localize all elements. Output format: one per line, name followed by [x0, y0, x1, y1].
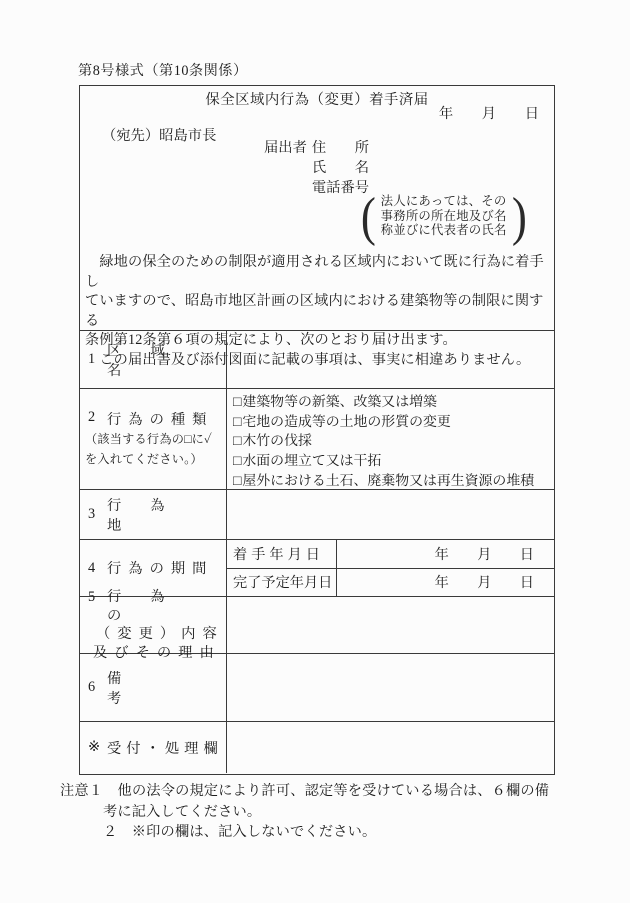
change-details-label-line1: 行為の [107, 588, 226, 625]
district-name-input[interactable] [227, 331, 554, 388]
activity-period-label: 行為の期間 [107, 558, 213, 578]
notes: 注意１ 他の法令の規定により許可、認定等を受けている場合は、６欄の備 考に記入し… [60, 781, 549, 843]
end-date-input[interactable]: 年 月 日 [337, 569, 554, 597]
row-number: 6 [88, 679, 107, 696]
checkbox-icon[interactable]: □ [233, 413, 241, 433]
activity-site-label-cell: 3 行為地 [80, 490, 227, 539]
note-line-2: ２ ※印の欄は、記入しないでください。 [103, 822, 549, 843]
corporate-note-text: 法人にあっては、その 事務所の所在地及び名 称並びに代表者の氏名 [381, 194, 507, 238]
office-use-area [227, 722, 554, 773]
declaration-line: 緑地の保全のための制限が適用される区域内において既に行為に着手し [85, 253, 551, 292]
row-number: 2 [88, 409, 107, 429]
remarks-input[interactable] [227, 654, 554, 721]
office-use-label: 受付・処理欄 [107, 738, 223, 758]
row-number: 5 [88, 588, 107, 625]
form-box: 保全区域内行為（変更）着手済届 年 月 日 （宛先）昭島市長 届出者 住 所 氏… [79, 85, 555, 775]
close-paren-icon: ) [511, 191, 526, 241]
corporate-note-line: 法人にあっては、その [381, 194, 507, 209]
note-line-1: 注意１ 他の法令の規定により許可、認定等を受けている場合は、６欄の備 [60, 781, 549, 802]
activity-option-label: 水面の埋立て又は干拓 [242, 452, 381, 472]
district-name-label: 区域名 [107, 340, 226, 380]
open-paren-icon: ( [361, 191, 376, 241]
district-name-label-cell: 1 区域名 [80, 331, 227, 388]
form-number: 第8号様式（第10条関係） [78, 60, 248, 80]
start-date-row: 着手年月日 年 月 日 [227, 540, 554, 568]
activity-option: □ 水面の埋立て又は干拓 [233, 452, 554, 472]
remarks-label-cell: 6 備考 [80, 654, 227, 721]
change-details-label-line2: （変更）内容 [96, 626, 224, 642]
activity-option-label: 宅地の造成等の土地の形質の変更 [242, 413, 450, 433]
checkbox-icon[interactable]: □ [233, 472, 241, 492]
date-field[interactable]: 年 月 日 [439, 103, 539, 123]
row-number: 1 [88, 351, 107, 368]
applicant-label: 届出者 [264, 138, 307, 198]
applicant-block: 届出者 住 所 氏 名 電話番号 [264, 138, 369, 198]
activity-option-label: 建築物等の新築、改築又は増築 [242, 393, 436, 413]
corporate-note: ( 法人にあっては、その 事務所の所在地及び名 称並びに代表者の氏名 ) [360, 193, 527, 239]
row-number: ※ [88, 739, 107, 756]
activity-option: □ 木竹の伐採 [233, 432, 554, 452]
office-use-label-cell: ※ 受付・処理欄 [80, 722, 227, 773]
activity-type-options: □ 建築物等の新築、改築又は増築 □ 宅地の造成等の土地の形質の変更 □ 木竹の… [227, 389, 554, 489]
table-row-activity-site: 3 行為地 [80, 489, 554, 539]
row-number: 4 [88, 560, 107, 577]
table-row-office-use: ※ 受付・処理欄 [80, 721, 554, 773]
start-date-input[interactable]: 年 月 日 [337, 540, 554, 568]
addressee: （宛先）昭島市長 [102, 125, 216, 145]
start-date-label-cell: 着手年月日 [227, 540, 337, 568]
activity-option-label: 木竹の伐採 [242, 432, 311, 452]
activity-option: □ 建築物等の新築、改築又は増築 [233, 393, 554, 413]
applicant-name-field[interactable]: 氏 名 [312, 158, 369, 178]
end-date-label-cell: 完了予定年月日 [227, 569, 337, 597]
note-line-1-continued: 考に記入してください。 [103, 802, 549, 823]
activity-type-note: を入れてください。） [85, 449, 203, 470]
corporate-note-line: 称並びに代表者の氏名 [381, 223, 507, 238]
activity-site-input[interactable] [227, 490, 554, 539]
change-details-input[interactable] [227, 597, 554, 653]
checkbox-icon[interactable]: □ [233, 452, 241, 472]
activity-site-label: 行為地 [107, 495, 226, 535]
checkbox-icon[interactable]: □ [233, 432, 241, 452]
checkbox-icon[interactable]: □ [233, 393, 241, 413]
activity-option: □ 屋外における土石、廃棄物又は再生資源の堆積 [233, 472, 554, 492]
activity-option: □ 宅地の造成等の土地の形質の変更 [233, 413, 554, 433]
row-number: 3 [88, 506, 107, 523]
table-row-district-name: 1 区域名 [80, 330, 554, 388]
change-details-label-cell: 5 行為の （変更）内容 及びその理由 [80, 597, 227, 653]
declaration-line: ていますので、昭島市地区計画の区域内における建築物等の制限に関する [85, 292, 551, 331]
form-table: 1 区域名 2 行為の種類 （該当する行為の□に✓ を入れてください。） □ [80, 330, 554, 773]
activity-type-label: 行為の種類 [107, 409, 213, 429]
start-date-label: 着手年月日 [233, 544, 324, 564]
end-date-label: 完了予定年月日 [233, 572, 332, 592]
activity-type-label-cell: 2 行為の種類 （該当する行為の□に✓ を入れてください。） [80, 389, 227, 489]
end-date-row: 完了予定年月日 年 月 日 [227, 568, 554, 597]
applicant-address-field[interactable]: 住 所 [312, 138, 369, 158]
corporate-note-line: 事務所の所在地及び名 [381, 209, 507, 224]
table-row-remarks: 6 備考 [80, 653, 554, 721]
remarks-label: 備考 [107, 668, 226, 708]
table-row-change-details: 5 行為の （変更）内容 及びその理由 [80, 596, 554, 653]
activity-type-note: （該当する行為の□に✓ [85, 429, 212, 450]
table-row-activity-type: 2 行為の種類 （該当する行為の□に✓ を入れてください。） □ 建築物等の新築… [80, 388, 554, 489]
activity-period-fields: 着手年月日 年 月 日 完了予定年月日 年 月 日 [227, 540, 554, 596]
activity-option-label: 屋外における土石、廃棄物又は再生資源の堆積 [242, 472, 534, 492]
form-page: 第8号様式（第10条関係） 保全区域内行為（変更）着手済届 年 月 日 （宛先）… [0, 0, 630, 903]
